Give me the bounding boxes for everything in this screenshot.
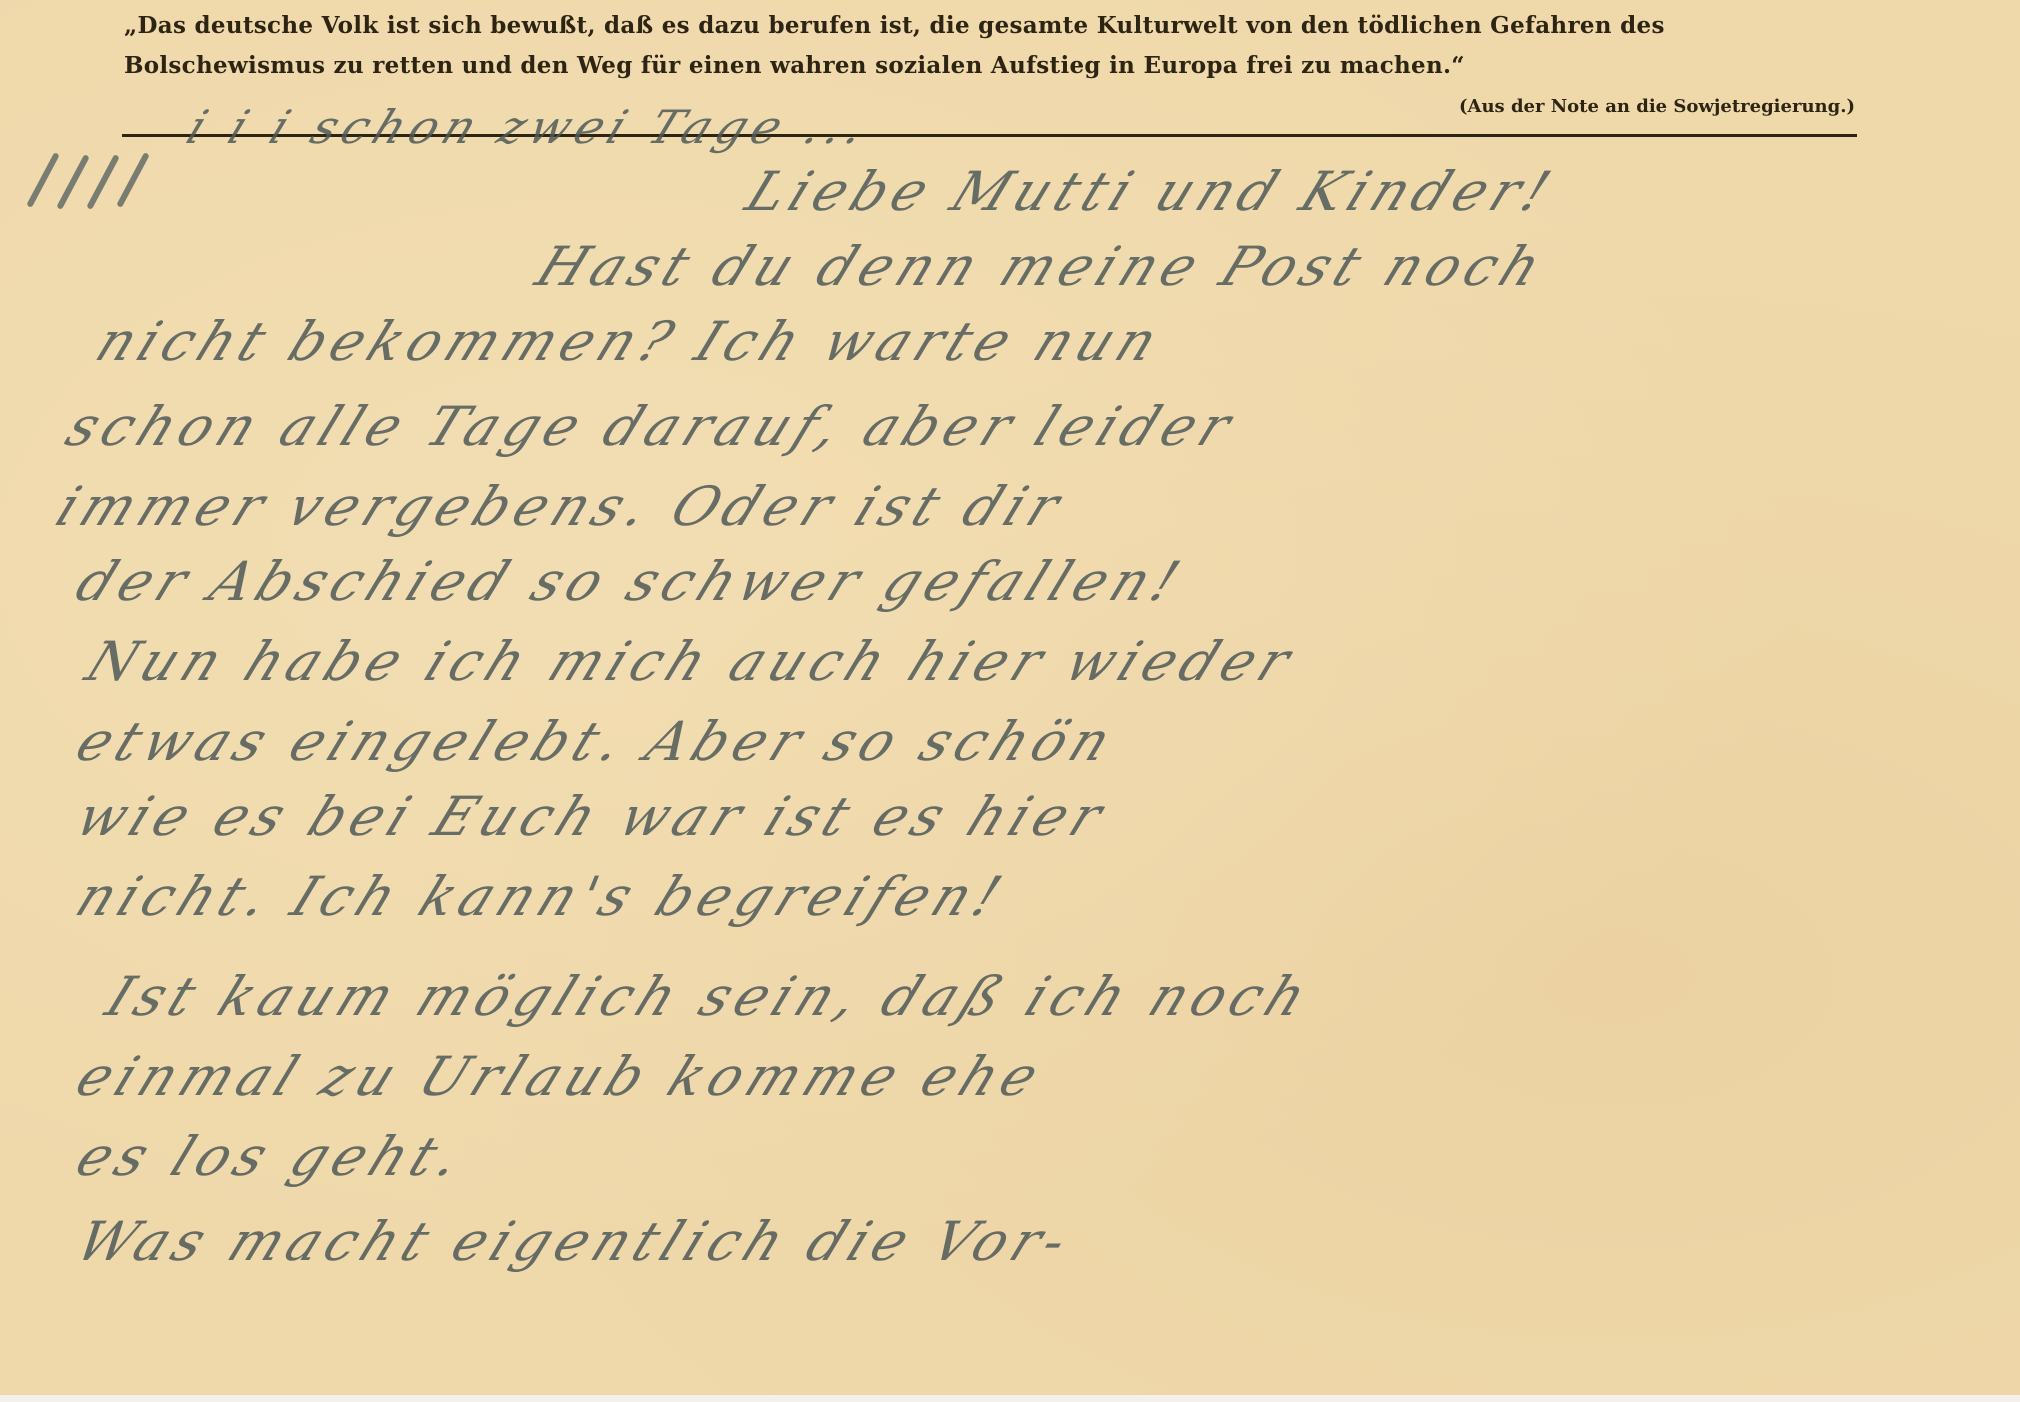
letter-line: schon alle Tage darauf, aber leider — [57, 395, 1246, 458]
letter-line: wie es bei Euch war ist es hier — [67, 785, 1117, 848]
letter-line: es los geht. — [67, 1125, 476, 1188]
scan-border — [0, 1395, 2020, 1402]
letter-line: Hast du denn meine Post noch — [527, 235, 1556, 298]
letter-line: Ist kaum möglich sein, daß ich noch — [97, 965, 1321, 1028]
letter-line: etwas eingelebt. Aber so schön — [67, 710, 1126, 773]
tally-mark — [86, 154, 119, 210]
letter-line: Was macht eigentlich die Vor- — [67, 1210, 1082, 1273]
postcard: „Das deutsche Volk ist sich bewußt, daß … — [0, 0, 2020, 1398]
letter-line: der Abschied so schwer gefallen! — [67, 550, 1194, 613]
letter-salutation: Liebe Mutti und Kinder! — [737, 160, 1565, 223]
letter-line: immer vergebens. Oder ist dir — [47, 475, 1075, 538]
letter-line: nicht. Ich kann's begreifen! — [67, 865, 1016, 928]
letter-line-struck: i i i schon zwei Tage ... — [179, 100, 880, 154]
letter-line: einmal zu Urlaub komme ehe — [67, 1045, 1053, 1108]
letter-line: nicht bekommen? Ich warte nun — [87, 310, 1172, 373]
letter-line: Nun habe ich mich auch hier wieder — [77, 630, 1305, 693]
quote-source: (Aus der Note an die Sowjetregierung.) — [1459, 96, 1855, 117]
printed-quote: „Das deutsche Volk ist sich bewußt, daß … — [124, 6, 1859, 86]
tally-mark — [56, 154, 89, 210]
tally-mark — [116, 152, 149, 208]
quote-line-2: Bolschewismus zu retten und den Weg für … — [124, 46, 1859, 86]
tally-mark — [26, 152, 59, 208]
quote-line-1: „Das deutsche Volk ist sich bewußt, daß … — [124, 6, 1859, 46]
